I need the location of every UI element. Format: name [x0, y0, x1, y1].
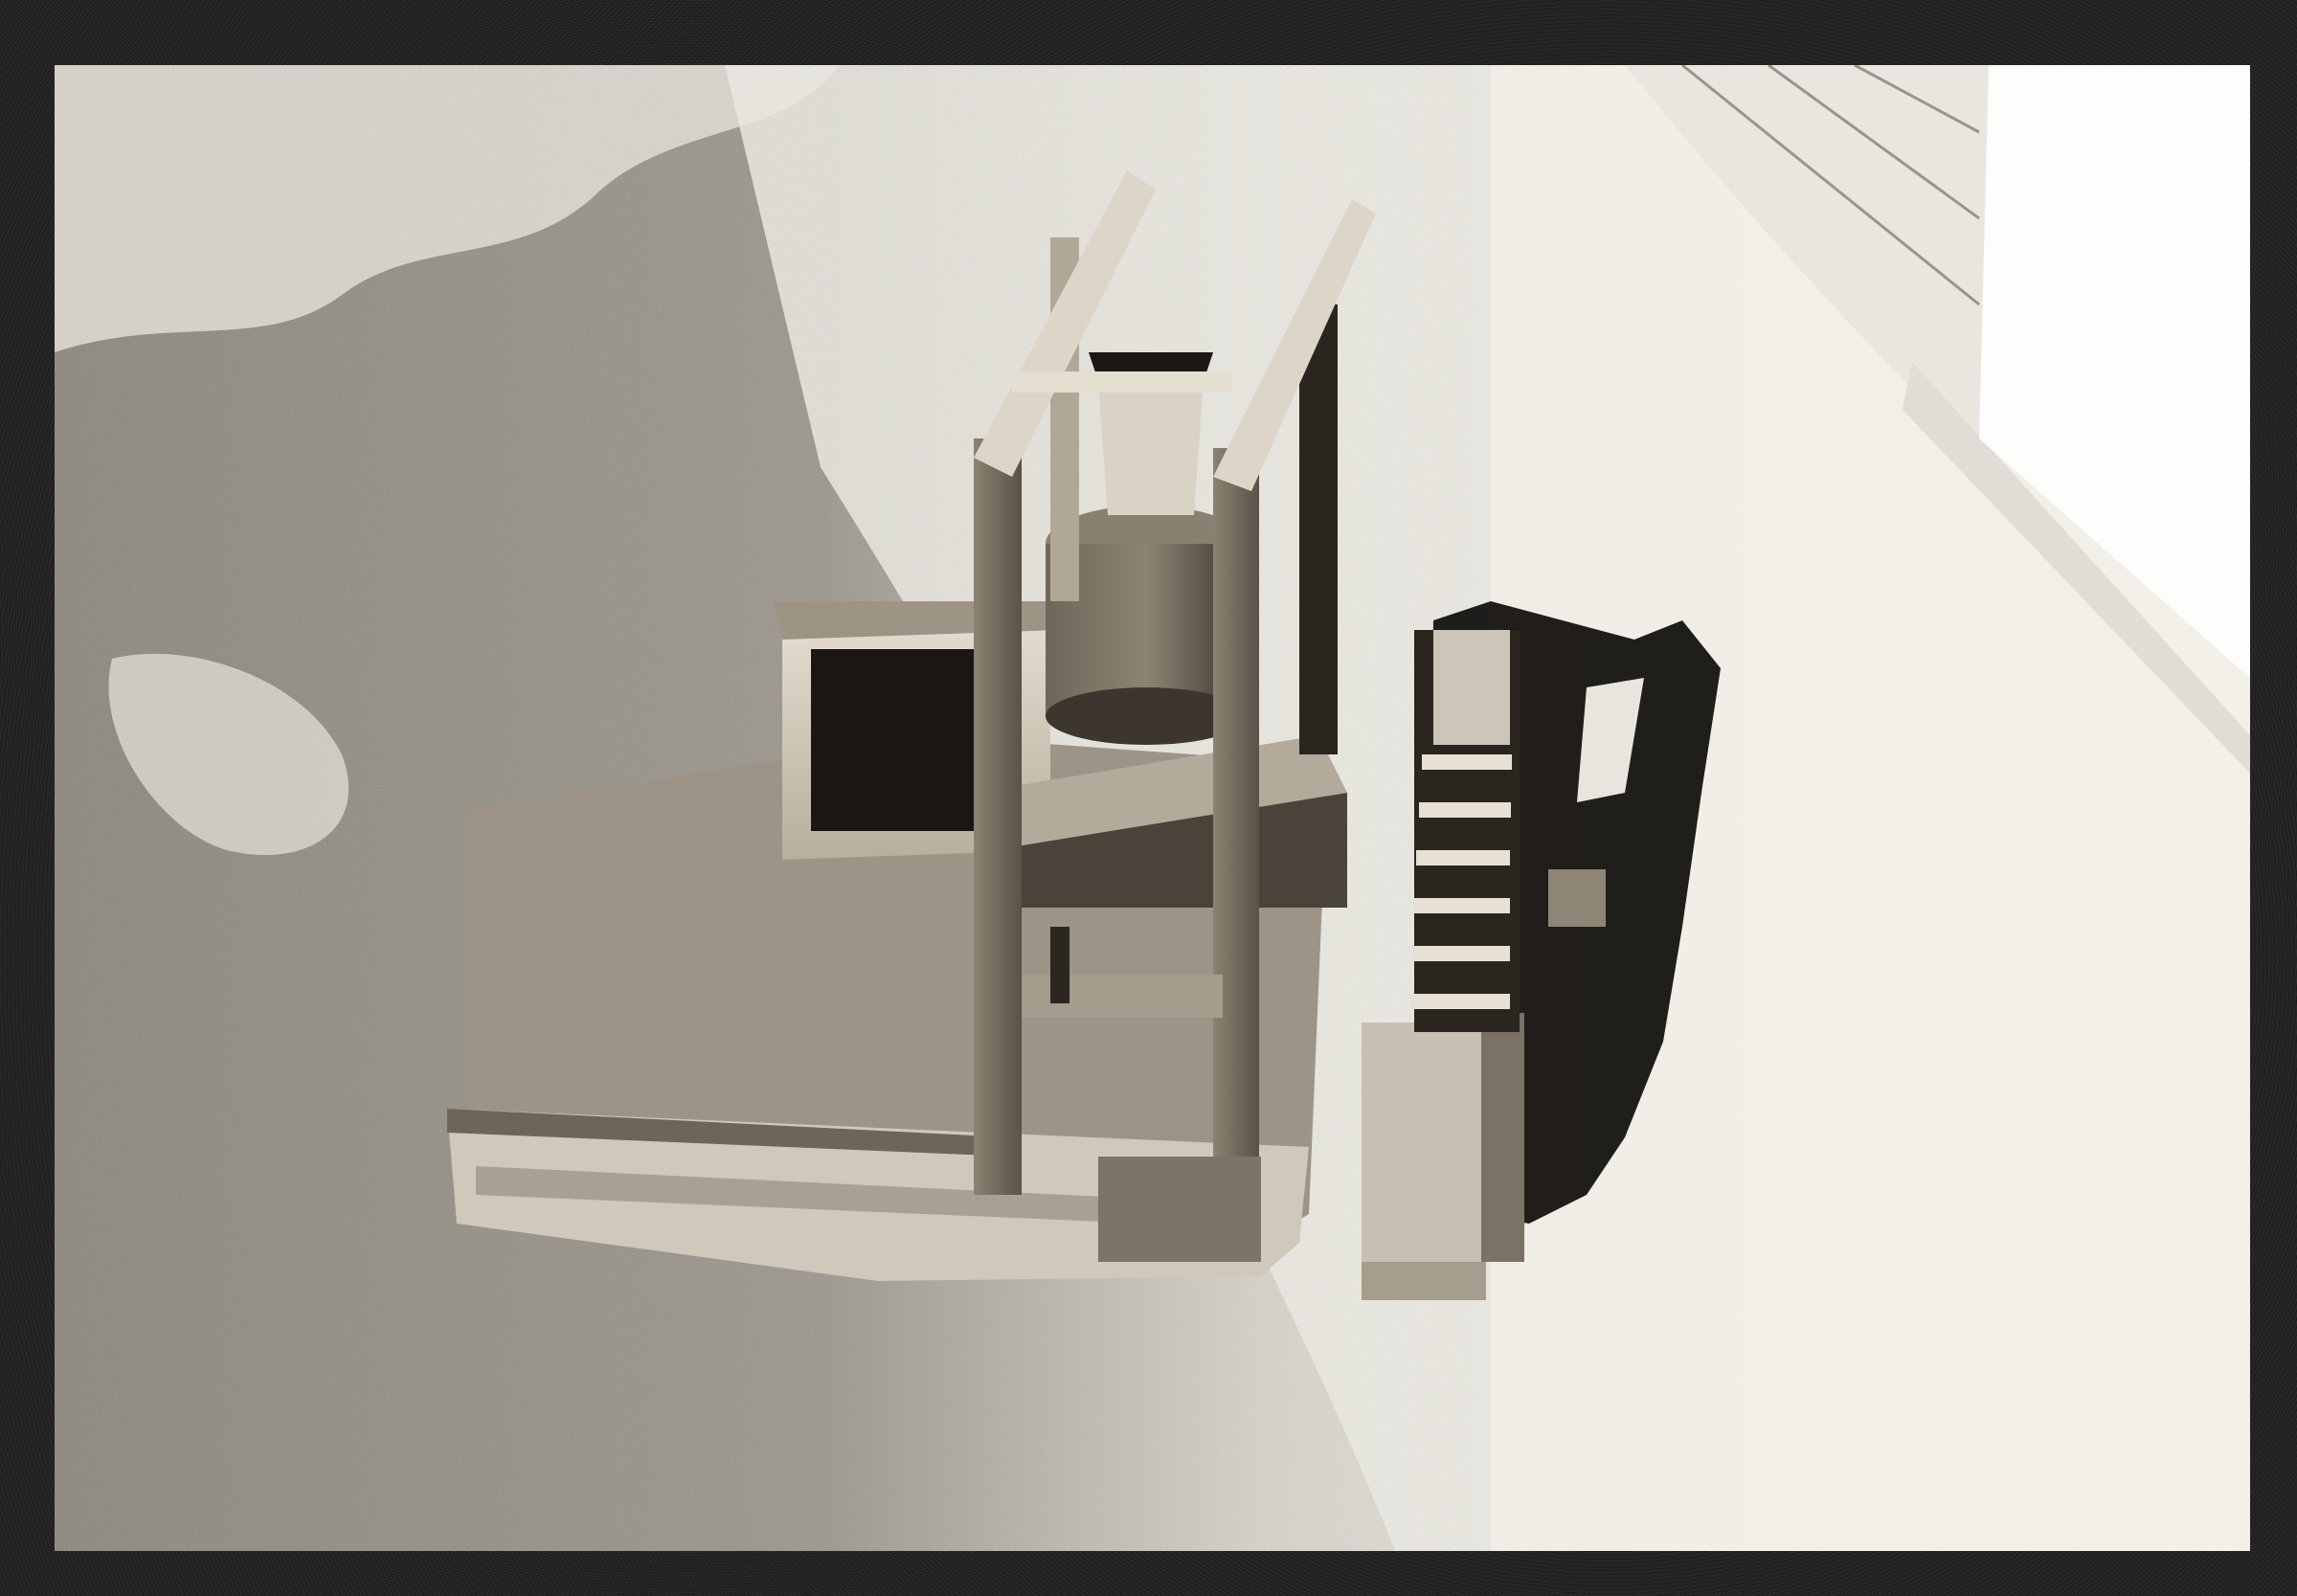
photo-print: Black-and-white archival photograph of a… [55, 65, 2250, 1551]
photo-scene [55, 65, 2250, 1551]
